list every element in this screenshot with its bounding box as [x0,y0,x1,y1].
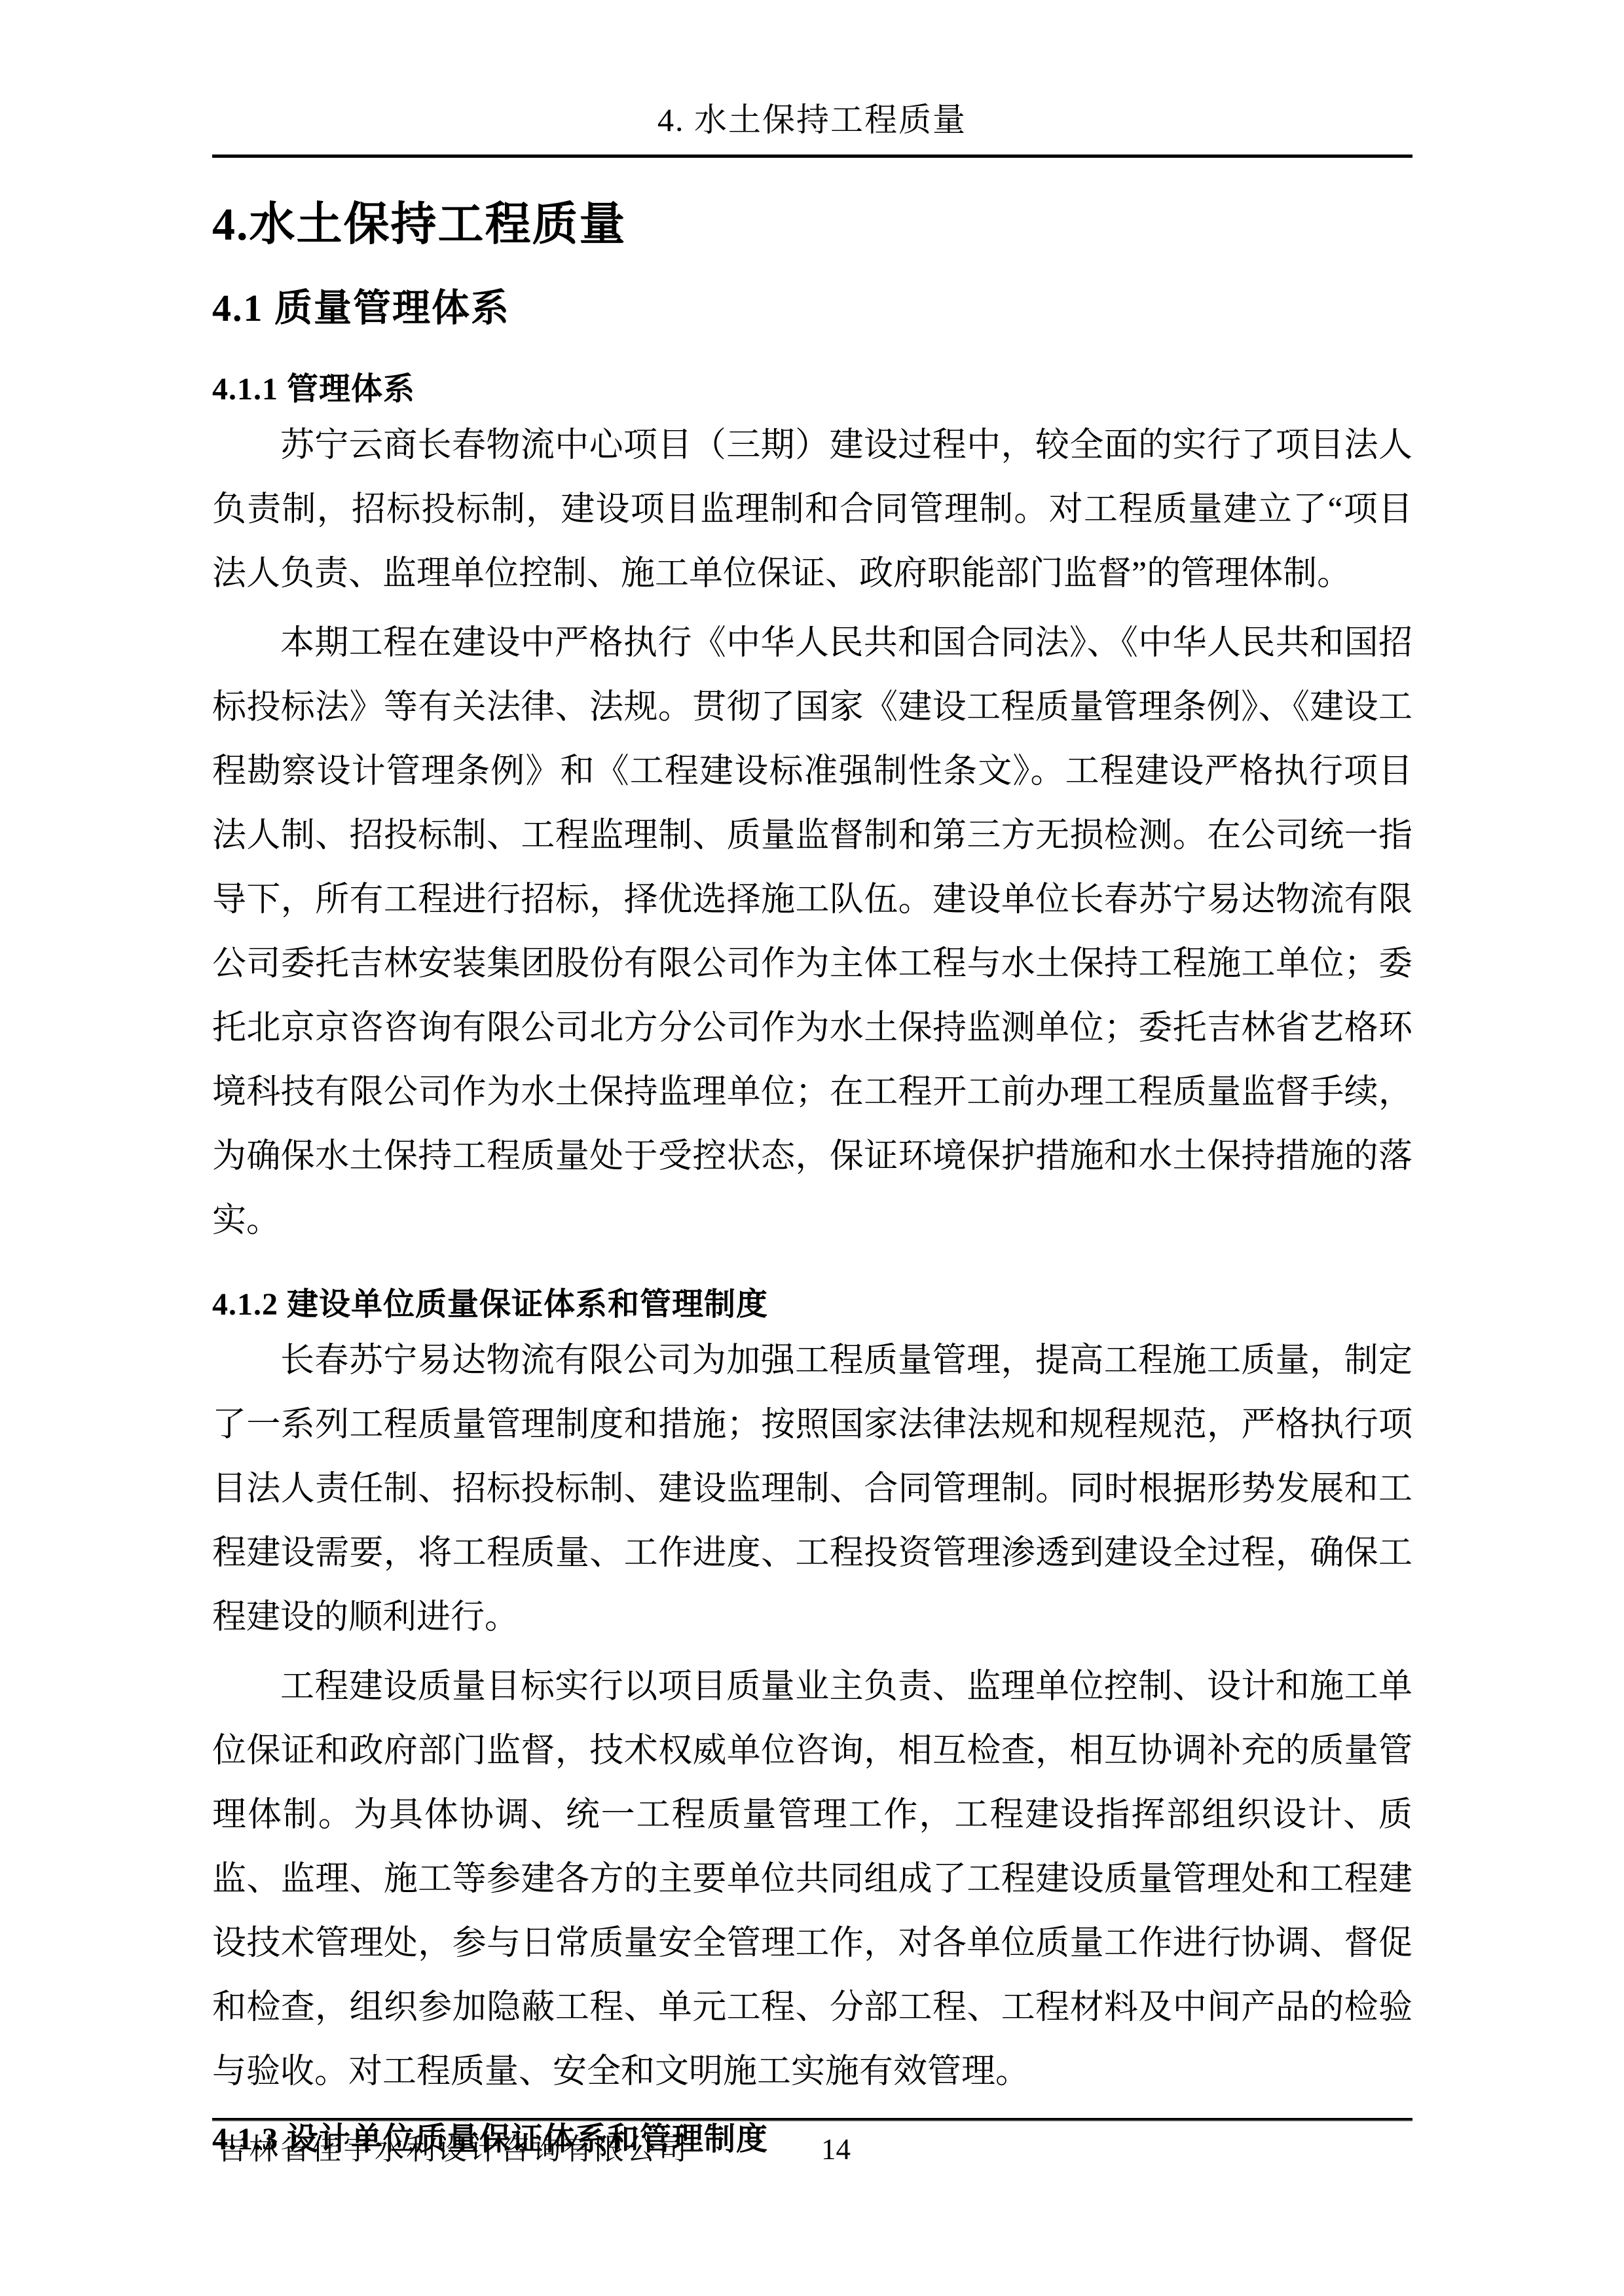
footer-page-number: 14 [821,2130,851,2168]
header-rule [212,155,1412,158]
document-body: 4.水土保持工程质量 4.1 质量管理体系 4.1.1 管理体系 苏宁云商长春物… [212,183,1412,2159]
footer-company-name: 吉林省佳宇水利设计咨询有限公司 [217,2130,689,2168]
subsection-heading-4-1-1: 4.1.1 管理体系 [212,371,1412,409]
page-footer: 吉林省佳宇水利设计咨询有限公司 14 [212,2130,1412,2170]
chapter-heading: 4.水土保持工程质量 [212,196,1412,254]
subsection-heading-4-1-2: 4.1.2 建设单位质量保证体系和管理制度 [212,1286,1412,1324]
paragraph-management-system-2: 本期工程在建设中严格执行《中华人民共和国合同法》、《中华人民共和国招标投标法》等… [212,611,1412,1253]
section-heading-4-1: 4.1 质量管理体系 [212,287,1412,330]
footer-rule [212,2118,1412,2121]
document-page: 4. 水土保持工程质量 4.水土保持工程质量 4.1 质量管理体系 4.1.1 … [0,0,1624,2296]
paragraph-construction-unit-1: 长春苏宁易达物流有限公司为加强工程质量管理，提高工程施工质量，制定了一系列工程质… [212,1329,1412,1650]
paragraph-construction-unit-2: 工程建设质量目标实行以项目质量业主负责、监理单位控制、设计和施工单位保证和政府部… [212,1655,1412,2104]
running-header-title: 4. 水土保持工程质量 [0,100,1624,140]
paragraph-management-system-1: 苏宁云商长春物流中心项目（三期）建设过程中，较全面的实行了项目法人负责制，招标投… [212,414,1412,606]
